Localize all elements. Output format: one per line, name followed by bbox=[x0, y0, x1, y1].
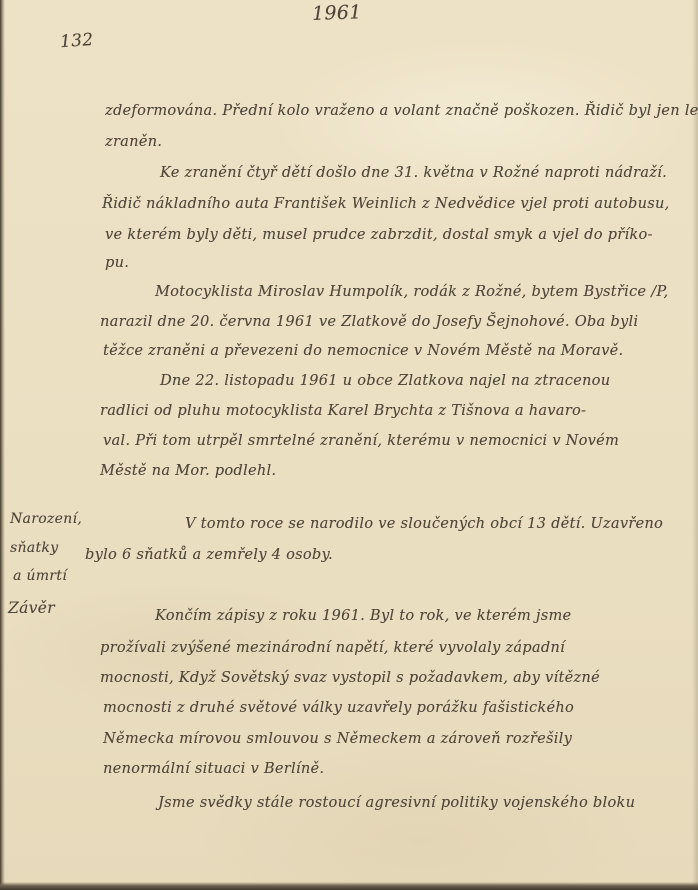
page-right-edge bbox=[692, 0, 698, 890]
handwritten-line: Městě na Mor. podlehl. bbox=[100, 460, 276, 482]
handwritten-line: V tomto roce se narodilo ve sloučených o… bbox=[185, 513, 663, 535]
handwritten-line: zdeformována. Přední kolo vraženo a vola… bbox=[105, 100, 698, 122]
page-number: 132 bbox=[59, 30, 94, 52]
margin-note-conclusion: Závěr bbox=[8, 599, 55, 617]
handwritten-line: ve kterém byly děti, musel prudce zabrzd… bbox=[105, 224, 653, 246]
handwritten-line: pu. bbox=[105, 252, 129, 274]
handwritten-line: těžce zraněni a převezeni do nemocnice v… bbox=[103, 340, 623, 362]
handwritten-line: Končím zápisy z roku 1961. Byl to rok, v… bbox=[155, 605, 571, 627]
handwritten-line: Motocyklista Miroslav Humpolík, rodák z … bbox=[155, 281, 668, 303]
handwritten-line: mocnosti, Když Sovětský svaz vystopil s … bbox=[100, 667, 600, 689]
margin-note-births: Narození, bbox=[10, 511, 82, 527]
margin-note-marriages: sňatky bbox=[10, 540, 58, 556]
handwritten-line: prožívali zvýšené mezinárodní napětí, kt… bbox=[100, 637, 565, 659]
handwritten-line: narazil dne 20. června 1961 ve Zlatkově … bbox=[100, 311, 638, 333]
handwritten-line: Ke zranění čtyř dětí došlo dne 31. květn… bbox=[160, 162, 667, 184]
handwritten-line: Řidič nákladního auta František Weinlich… bbox=[102, 193, 670, 215]
year-header: 1961 bbox=[312, 1, 362, 25]
handwritten-line: mocnosti z druhé světové války uzavřely … bbox=[103, 697, 574, 719]
handwritten-line: Německa mírovou smlouvou s Německem a zá… bbox=[103, 728, 572, 750]
page-bottom-edge bbox=[0, 882, 698, 890]
handwritten-line: Dne 22. listopadu 1961 u obce Zlatkova n… bbox=[160, 370, 610, 392]
chronicle-page: 1961 132 Narození, sňatky a úmrtí Závěr … bbox=[0, 0, 698, 890]
handwritten-line: bylo 6 sňatků a zemřely 4 osoby. bbox=[85, 544, 333, 566]
handwritten-line: Jsme svědky stále rostoucí agresivní pol… bbox=[158, 792, 635, 814]
handwritten-line: nenormální situaci v Berlíně. bbox=[103, 758, 324, 780]
handwritten-line: zraněn. bbox=[105, 131, 162, 153]
handwritten-line: val. Při tom utrpěl smrtelné zranění, kt… bbox=[103, 430, 619, 452]
handwritten-line: radlici od pluhu motocyklista Karel Bryc… bbox=[100, 400, 586, 422]
page-left-edge bbox=[0, 0, 5, 890]
margin-note-deaths: a úmrtí bbox=[13, 568, 67, 584]
